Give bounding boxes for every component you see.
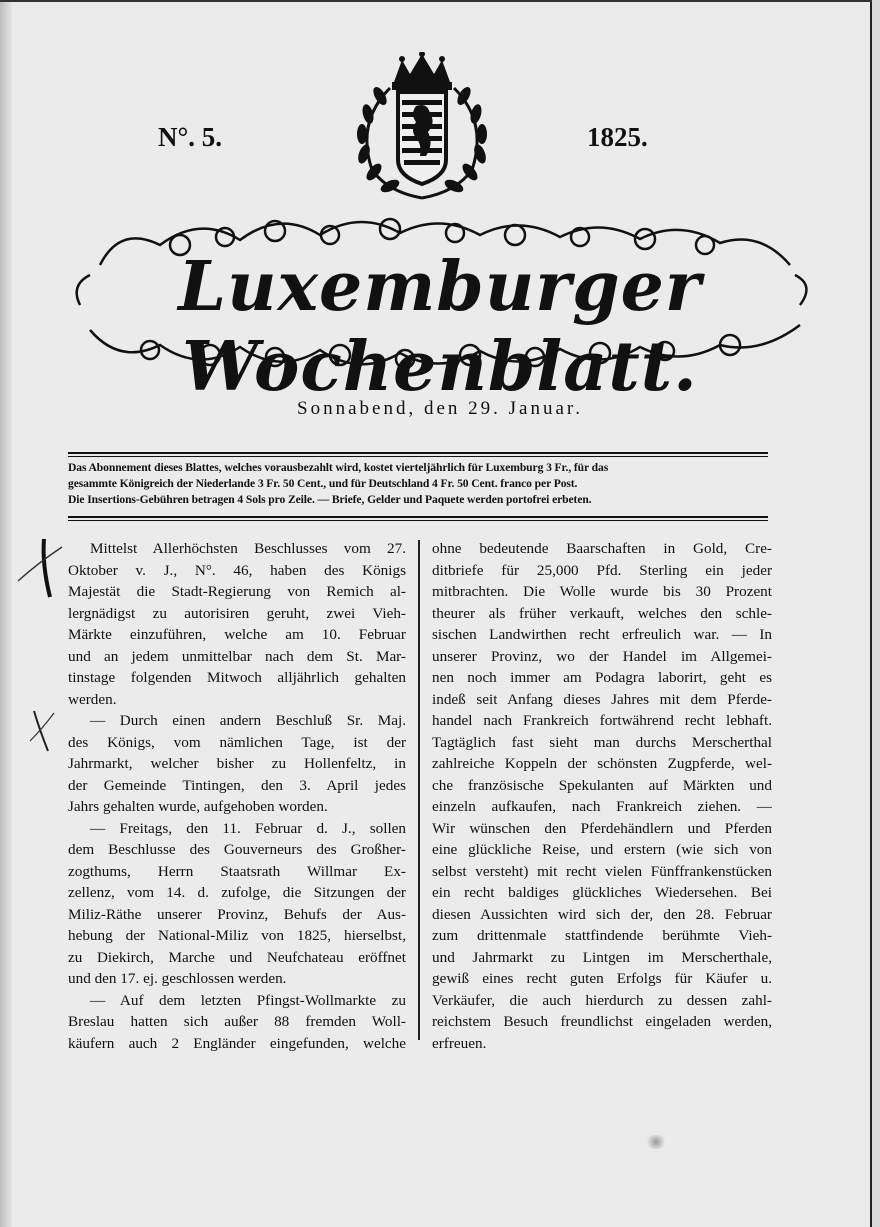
text-line: Verkäufer, die auch hierdurch zu dessen … bbox=[432, 990, 772, 1012]
handwritten-x-mark-icon bbox=[14, 535, 64, 605]
newspaper-page: N°. 5. 1825. bbox=[0, 0, 872, 1227]
handwritten-x-mark-icon bbox=[28, 705, 58, 755]
text-line: — Freitags, den 11. Februar d. J., solle… bbox=[68, 818, 406, 840]
text-line: ditbriefe für 25,000 Pfd. Sterling ein j… bbox=[432, 560, 772, 582]
rule-divider bbox=[68, 516, 768, 521]
issue-year: 1825. bbox=[587, 122, 648, 153]
text-line: eine glückliche Reise, und erstern (wie … bbox=[432, 839, 772, 861]
text-line: dem Beschlusse des Gouverneurs des Großh… bbox=[68, 839, 406, 861]
text-line: theurer als früher verkauft, welches den… bbox=[432, 603, 772, 625]
newspaper-title: Luxemburger Wochenblatt. bbox=[60, 205, 820, 380]
text-line: nen noch immer am Podagra laborirt, geht… bbox=[432, 667, 772, 689]
text-line: einzeln aufkaufen, nach Frankreich ziehe… bbox=[432, 796, 772, 818]
article-column-left: Mittelst Allerhöchsten Beschlusses vom 2… bbox=[68, 538, 406, 1054]
text-line: zellenz, vom 14. d. zufolge, die Sitzung… bbox=[68, 882, 406, 904]
text-line: diesen Aussichten wird sich der, den 28.… bbox=[432, 904, 772, 926]
text-line: sischen Landwirthen recht erfreulich war… bbox=[432, 624, 772, 646]
text-line: unserer Provinz, wo der Handel im Allgem… bbox=[432, 646, 772, 668]
text-line: Oktober v. J., N°. 46, haben des Königs bbox=[68, 560, 406, 582]
text-line: — Auf dem letzten Pfingst-Wollmarkte zu bbox=[68, 990, 406, 1012]
column-divider bbox=[418, 540, 420, 1040]
text-line: Märkte einzuführen, welche am 10. Februa… bbox=[68, 624, 406, 646]
binding-gutter bbox=[0, 0, 12, 1227]
text-line: — Durch einen andern Beschluß Sr. Maj. bbox=[68, 710, 406, 732]
text-line: und an jedem unmittelbar nach dem St. Ma… bbox=[68, 646, 406, 668]
text-line: Wir wünschen den Pferdehändlern und Pfer… bbox=[432, 818, 772, 840]
text-line: handel nach Frankreich fortwährend recht… bbox=[432, 710, 772, 732]
notice-line: gesammte Königreich der Niederlande 3 Fr… bbox=[68, 476, 768, 492]
text-line: tinstage folgenden Mitwoch alljährlich g… bbox=[68, 667, 406, 689]
paper-blemish bbox=[645, 1135, 667, 1149]
text-line: ohne bedeutende Baarschaften in Gold, Cr… bbox=[432, 538, 772, 560]
text-line: zahlreiche Koppeln der schönsten Zugpfer… bbox=[432, 753, 772, 775]
text-line: werden. bbox=[68, 689, 406, 711]
page-top-edge bbox=[0, 0, 872, 2]
text-line: hebung der National-Miliz von 1825, hier… bbox=[68, 925, 406, 947]
text-line: und Jahrmarkt zu Lintgen im Merscherthal… bbox=[432, 947, 772, 969]
text-line: Jahrs gehalten wurde, aufgehoben worden. bbox=[68, 796, 406, 818]
text-line: des Königs, vom nämlichen Tage, ist der bbox=[68, 732, 406, 754]
text-line: Jahrmarkt, welcher bisher zu Hollenfeltz… bbox=[68, 753, 406, 775]
text-line: reichstem Besuch freundlichst eingeladen… bbox=[432, 1011, 772, 1033]
text-line: Tagtäglich fast sieht man durchs Mersche… bbox=[432, 732, 772, 754]
text-line: der Gemeinde Tintingen, den 3. April jed… bbox=[68, 775, 406, 797]
title-text: Luxemburger Wochenblatt. bbox=[60, 247, 820, 407]
issue-date: Sonnabend, den 29. Januar. bbox=[250, 398, 630, 420]
text-line: gewiß eines recht guten Erfolgs für Käuf… bbox=[432, 968, 772, 990]
rule-divider bbox=[68, 452, 768, 457]
text-line: Miliz-Räthe unserer Provinz, Behufs der … bbox=[68, 904, 406, 926]
text-line: che französische Spekulanten auf Märkten… bbox=[432, 775, 772, 797]
notice-line: Das Abonnement dieses Blattes, welches v… bbox=[68, 460, 768, 476]
text-line: käufern auch 2 Engländer eingefunden, we… bbox=[68, 1033, 406, 1055]
subscription-notice: Das Abonnement dieses Blattes, welches v… bbox=[68, 460, 768, 508]
text-line: Majestät die Stadt-Regierung von Remich … bbox=[68, 581, 406, 603]
text-line: erfreuen. bbox=[432, 1033, 772, 1055]
article-column-right: ohne bedeutende Baarschaften in Gold, Cr… bbox=[432, 538, 772, 1054]
text-line: Mittelst Allerhöchsten Beschlusses vom 2… bbox=[68, 538, 406, 560]
notice-line: Die Insertions-Gebühren betragen 4 Sols … bbox=[68, 492, 768, 508]
text-line: Breslau hatten sich außer 88 fremden Wol… bbox=[68, 1011, 406, 1033]
text-line: selbst versteht) mit recht vielen Fünffr… bbox=[432, 861, 772, 883]
text-line: ein recht baldiges glückliches Wiederseh… bbox=[432, 882, 772, 904]
text-line: lergnädigst zu autorisiren geruht, zwei … bbox=[68, 603, 406, 625]
text-line: zum drittenmale stattfindende berühmte V… bbox=[432, 925, 772, 947]
text-line: indeß seit Anfang dieses Jahres mit dem … bbox=[432, 689, 772, 711]
text-line: zogthums, Herrn Staatsrath Willmar Ex- bbox=[68, 861, 406, 883]
text-line: mitbrachten. Die Wolle wurde bis 30 Proz… bbox=[432, 581, 772, 603]
text-line: zu Diekirch, Marche und Neufchateau eröf… bbox=[68, 947, 406, 969]
crest-icon bbox=[322, 52, 522, 202]
issue-number: N°. 5. bbox=[158, 122, 222, 153]
text-line: und den 17. ej. geschlossen werden. bbox=[68, 968, 406, 990]
